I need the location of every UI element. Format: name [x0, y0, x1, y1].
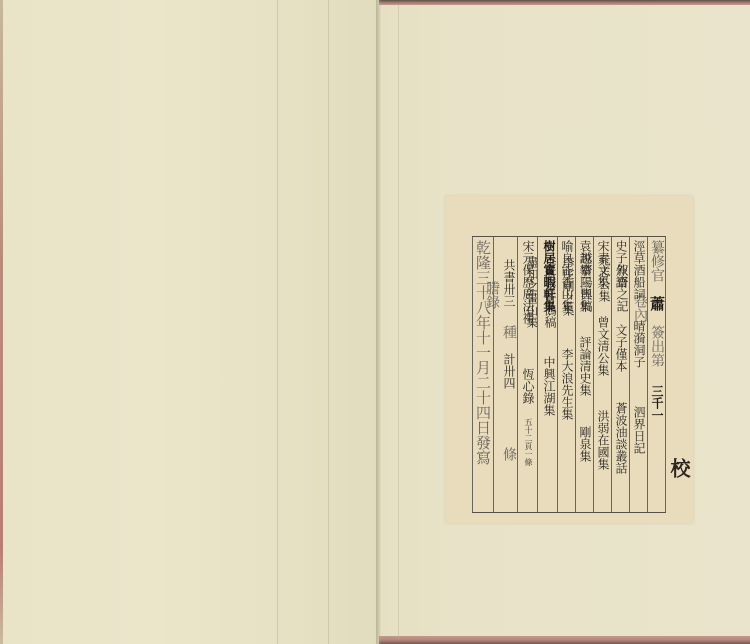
- fold-line: [398, 4, 399, 640]
- book-title: 宋元保歴廣法禮: [519, 240, 536, 324]
- summary-label: 條: [500, 447, 517, 461]
- book-gutter: [376, 0, 381, 644]
- book-title: 樹居實暇軒集: [540, 240, 557, 312]
- right-page-top-edge: [379, 0, 750, 5]
- volume-number: 三千一: [648, 385, 665, 421]
- book-title: 蒼波油談叢話: [612, 402, 629, 474]
- book-title: 中興江湖集: [540, 356, 557, 416]
- pasted-slip: 纂修官 蕭 簽出第 三千一 卷內 涇草酒船詞 晴漪洞子 泗界日記 叙齋之記 史子…: [446, 196, 693, 523]
- left-binding-edge: [0, 0, 3, 644]
- right-page-bottom-edge: [379, 636, 750, 644]
- summary-label: 種: [500, 325, 517, 339]
- scanned-book-spread: 纂修官 蕭 簽出第 三千一 卷內 涇草酒船詞 晴漪洞子 泗界日記 叙齋之記 史子…: [0, 0, 750, 644]
- date-text: 乾隆三十八年十一月二十四日發寫: [473, 240, 493, 465]
- book-title: 涇草酒船詞: [630, 240, 647, 300]
- date-column: 乾隆三十八年十一月二十四日發寫: [472, 237, 494, 512]
- title-column: 宋素文集 曾文清公集 洪弱在國集 越齋陽輿稿: [594, 237, 612, 512]
- header-label: 纂修官: [648, 240, 665, 282]
- book-count: 共書卅三: [500, 259, 517, 307]
- book-title: 剛泉集: [576, 426, 593, 462]
- collation-mark: 校: [665, 458, 694, 478]
- book-title: 史子外語: [612, 240, 629, 288]
- fold-line: [277, 0, 278, 644]
- title-column: 樹居實暇軒集 中興江湖集 盡知之畫山集: [538, 237, 558, 512]
- fold-line: [328, 0, 329, 644]
- book-title: 洪弱在國集: [594, 410, 611, 470]
- header-label: 簽出第: [648, 325, 665, 367]
- title-column: 史子外語 文子僅本 蒼波油談叢話 元志公集: [612, 237, 630, 512]
- book-title: 恆心錄: [519, 368, 536, 404]
- book-title: 泗界日記: [630, 406, 647, 454]
- summary-column: 共書卅三 種 計卅四 條 謄錄: [494, 237, 518, 512]
- book-title: 曾文清公集: [594, 316, 611, 376]
- book-title: 喻良能香山集: [558, 240, 575, 312]
- title-column: 袁説攀三皆集 評論清史集 剛泉集 李庄剛之集: [576, 237, 594, 512]
- compiler-name: 蕭: [648, 296, 665, 311]
- book-title: 李大浪先生集: [558, 348, 575, 420]
- title-column: 涇草酒船詞 晴漪洞子 泗界日記 叙齋之記: [630, 237, 648, 512]
- title-column: 宋元保歴廣法禮 恆心錄 五十二頁一條: [518, 237, 538, 512]
- book-title: 袁説攀三皆集: [576, 240, 593, 312]
- header-column: 纂修官 蕭 簽出第 三千一 卷內: [648, 237, 666, 512]
- ruled-frame: 纂修官 蕭 簽出第 三千一 卷內 涇草酒船詞 晴漪洞子 泗界日記 叙齋之記 史子…: [472, 236, 666, 513]
- left-page: [3, 0, 379, 644]
- book-title: 晴漪洞子: [630, 320, 647, 368]
- title-column: 喻良能香山集 李大浪先生集 李湛齋蒼鵝稿: [558, 237, 576, 512]
- entry-count: 計卅四: [500, 353, 517, 389]
- book-title: 文子僅本: [612, 324, 629, 372]
- page-note: 五十二頁一條: [520, 418, 537, 466]
- book-title: 宋素文集: [594, 240, 611, 288]
- book-title: 評論清史集: [576, 336, 593, 396]
